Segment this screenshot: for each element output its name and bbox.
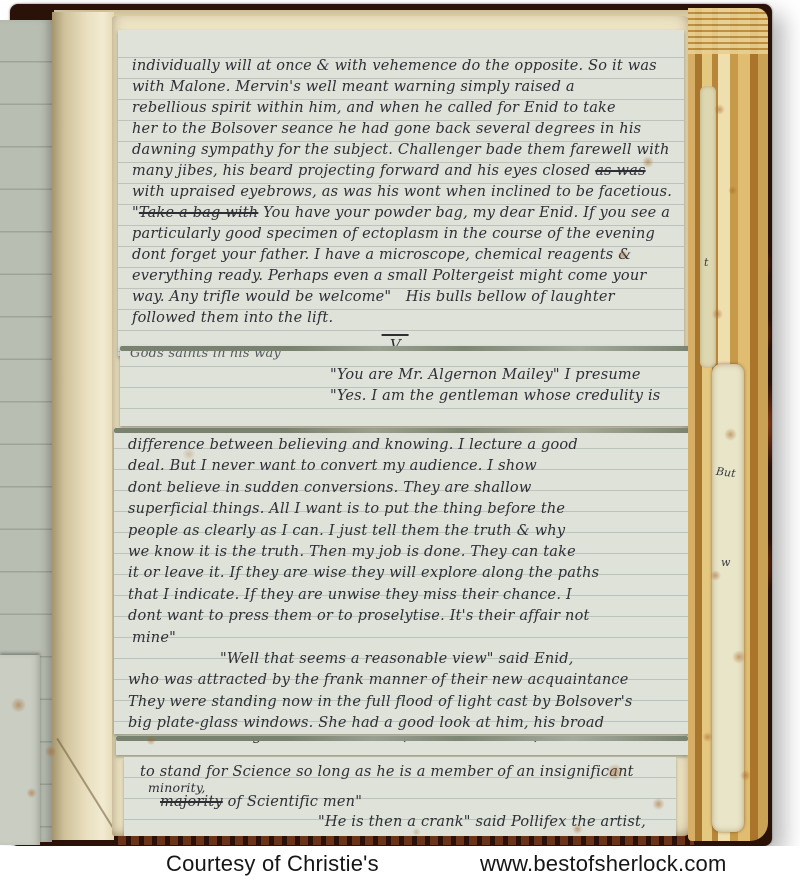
- edge-writing-fragment: But: [715, 465, 736, 480]
- manuscript-line: with Malone. Mervin's well meant warning…: [132, 77, 674, 98]
- manuscript-line: minority,: [140, 782, 668, 794]
- torn-edge: [120, 346, 692, 351]
- manuscript-slip-1: individually will at once & with vehemen…: [118, 30, 684, 356]
- manuscript-line: it or leave it. If they are wise they wi…: [128, 563, 684, 584]
- manuscript-slip-3-cut-line: man with a grace no manner, nervous mann…: [116, 736, 688, 755]
- manuscript-line: difference between believing and knowing…: [128, 435, 684, 456]
- manuscript-line: dont forget your father. I have a micros…: [132, 245, 674, 266]
- manuscript-line: people as clearly as I can. I just tell …: [128, 521, 684, 542]
- manuscript-line: rebellious spirit within him, and when h…: [132, 98, 674, 119]
- manuscript-line: her to the Bolsover seance he had gone b…: [132, 119, 674, 140]
- manuscript-line: many jibes, his beard projecting forward…: [132, 161, 674, 182]
- manuscript-slip-3: difference between believing and knowing…: [114, 428, 692, 734]
- page-edges-stack: But w t: [688, 8, 768, 841]
- manuscript-line: with upraised eyebrows, as was his wont …: [132, 182, 674, 203]
- top-page-edges: [688, 8, 768, 54]
- manuscript-line: majority of Scientific men": [140, 794, 668, 811]
- manuscript-line: particularly good specimen of ectoplasm …: [132, 224, 674, 245]
- manuscript-line: big plate-glass windows. She had a good …: [128, 713, 684, 734]
- protruding-page: [712, 364, 744, 832]
- manuscript-line: "He is then a crank" said Pollifex the a…: [140, 811, 668, 836]
- caption-credit: Courtesy of Christie's: [166, 851, 379, 877]
- manuscript-line: "Take a bag with You have your powder ba…: [132, 203, 674, 224]
- binding-stitches: [118, 836, 694, 845]
- manuscript-line: everything ready. Perhaps even a small P…: [132, 266, 674, 287]
- manuscript-line: mine": [128, 628, 684, 649]
- manuscript-photo: individually will at once & with vehemen…: [0, 0, 800, 880]
- manuscript-slip-4: to stand for Science so long as he is a …: [124, 757, 676, 836]
- photo-caption: Courtesy of Christie's www.bestofsherloc…: [0, 846, 800, 880]
- manuscript-line: we know it is the truth. Then my job is …: [128, 542, 684, 563]
- caption-website: www.bestofsherlock.com: [480, 851, 727, 877]
- manuscript-line: followed them into the lift.: [132, 308, 674, 329]
- slip-3-text: difference between believing and knowing…: [114, 428, 692, 735]
- manuscript-line: dawning sympathy for the subject. Challe…: [132, 140, 674, 161]
- page-edge-stripe: [750, 8, 758, 841]
- slip-1-text: individually will at once & with vehemen…: [118, 30, 684, 329]
- edge-writing-fragment: w: [721, 556, 730, 569]
- edge-writing-fragment: t: [704, 256, 708, 269]
- manuscript-line: dont believe in sudden conversions. They…: [128, 478, 684, 499]
- slip-4-text: to stand for Science so long as he is a …: [124, 757, 676, 836]
- manuscript-line: to stand for Science so long as he is a …: [140, 762, 668, 782]
- manuscript-slip-2: Gods saints in his way "You are Mr. Alge…: [120, 346, 692, 426]
- protruding-page-upper: [700, 86, 716, 368]
- album-page: individually will at once & with vehemen…: [112, 16, 692, 836]
- left-page-pasted-slip: [0, 655, 40, 845]
- page-edge-stripe: [758, 8, 768, 841]
- manuscript-line: "Yes. I am the gentleman whose credulity…: [132, 386, 686, 407]
- manuscript-line: dont want to press them or to proselytis…: [128, 606, 684, 627]
- manuscript-line: superficial things. All I want is to put…: [128, 499, 684, 520]
- torn-edge: [116, 736, 688, 741]
- manuscript-line: deal. But I never want to convert my aud…: [128, 456, 684, 477]
- book-gutter: [52, 12, 114, 840]
- manuscript-line: that I indicate. If they are unwise they…: [128, 585, 684, 606]
- manuscript-line: "Well that seems a reasonable view" said…: [128, 649, 684, 670]
- manuscript-line: "You are Mr. Algernon Mailey" I presume: [132, 365, 686, 386]
- manuscript-line: They were standing now in the full flood…: [128, 692, 684, 713]
- manuscript-line: individually will at once & with vehemen…: [132, 56, 674, 77]
- slip-2-text: "You are Mr. Algernon Mailey" I presume"…: [120, 361, 692, 407]
- manuscript-line: way. Any trifle would be welcome" His bu…: [132, 287, 674, 308]
- manuscript-line: who was attracted by the frank manner of…: [128, 670, 684, 691]
